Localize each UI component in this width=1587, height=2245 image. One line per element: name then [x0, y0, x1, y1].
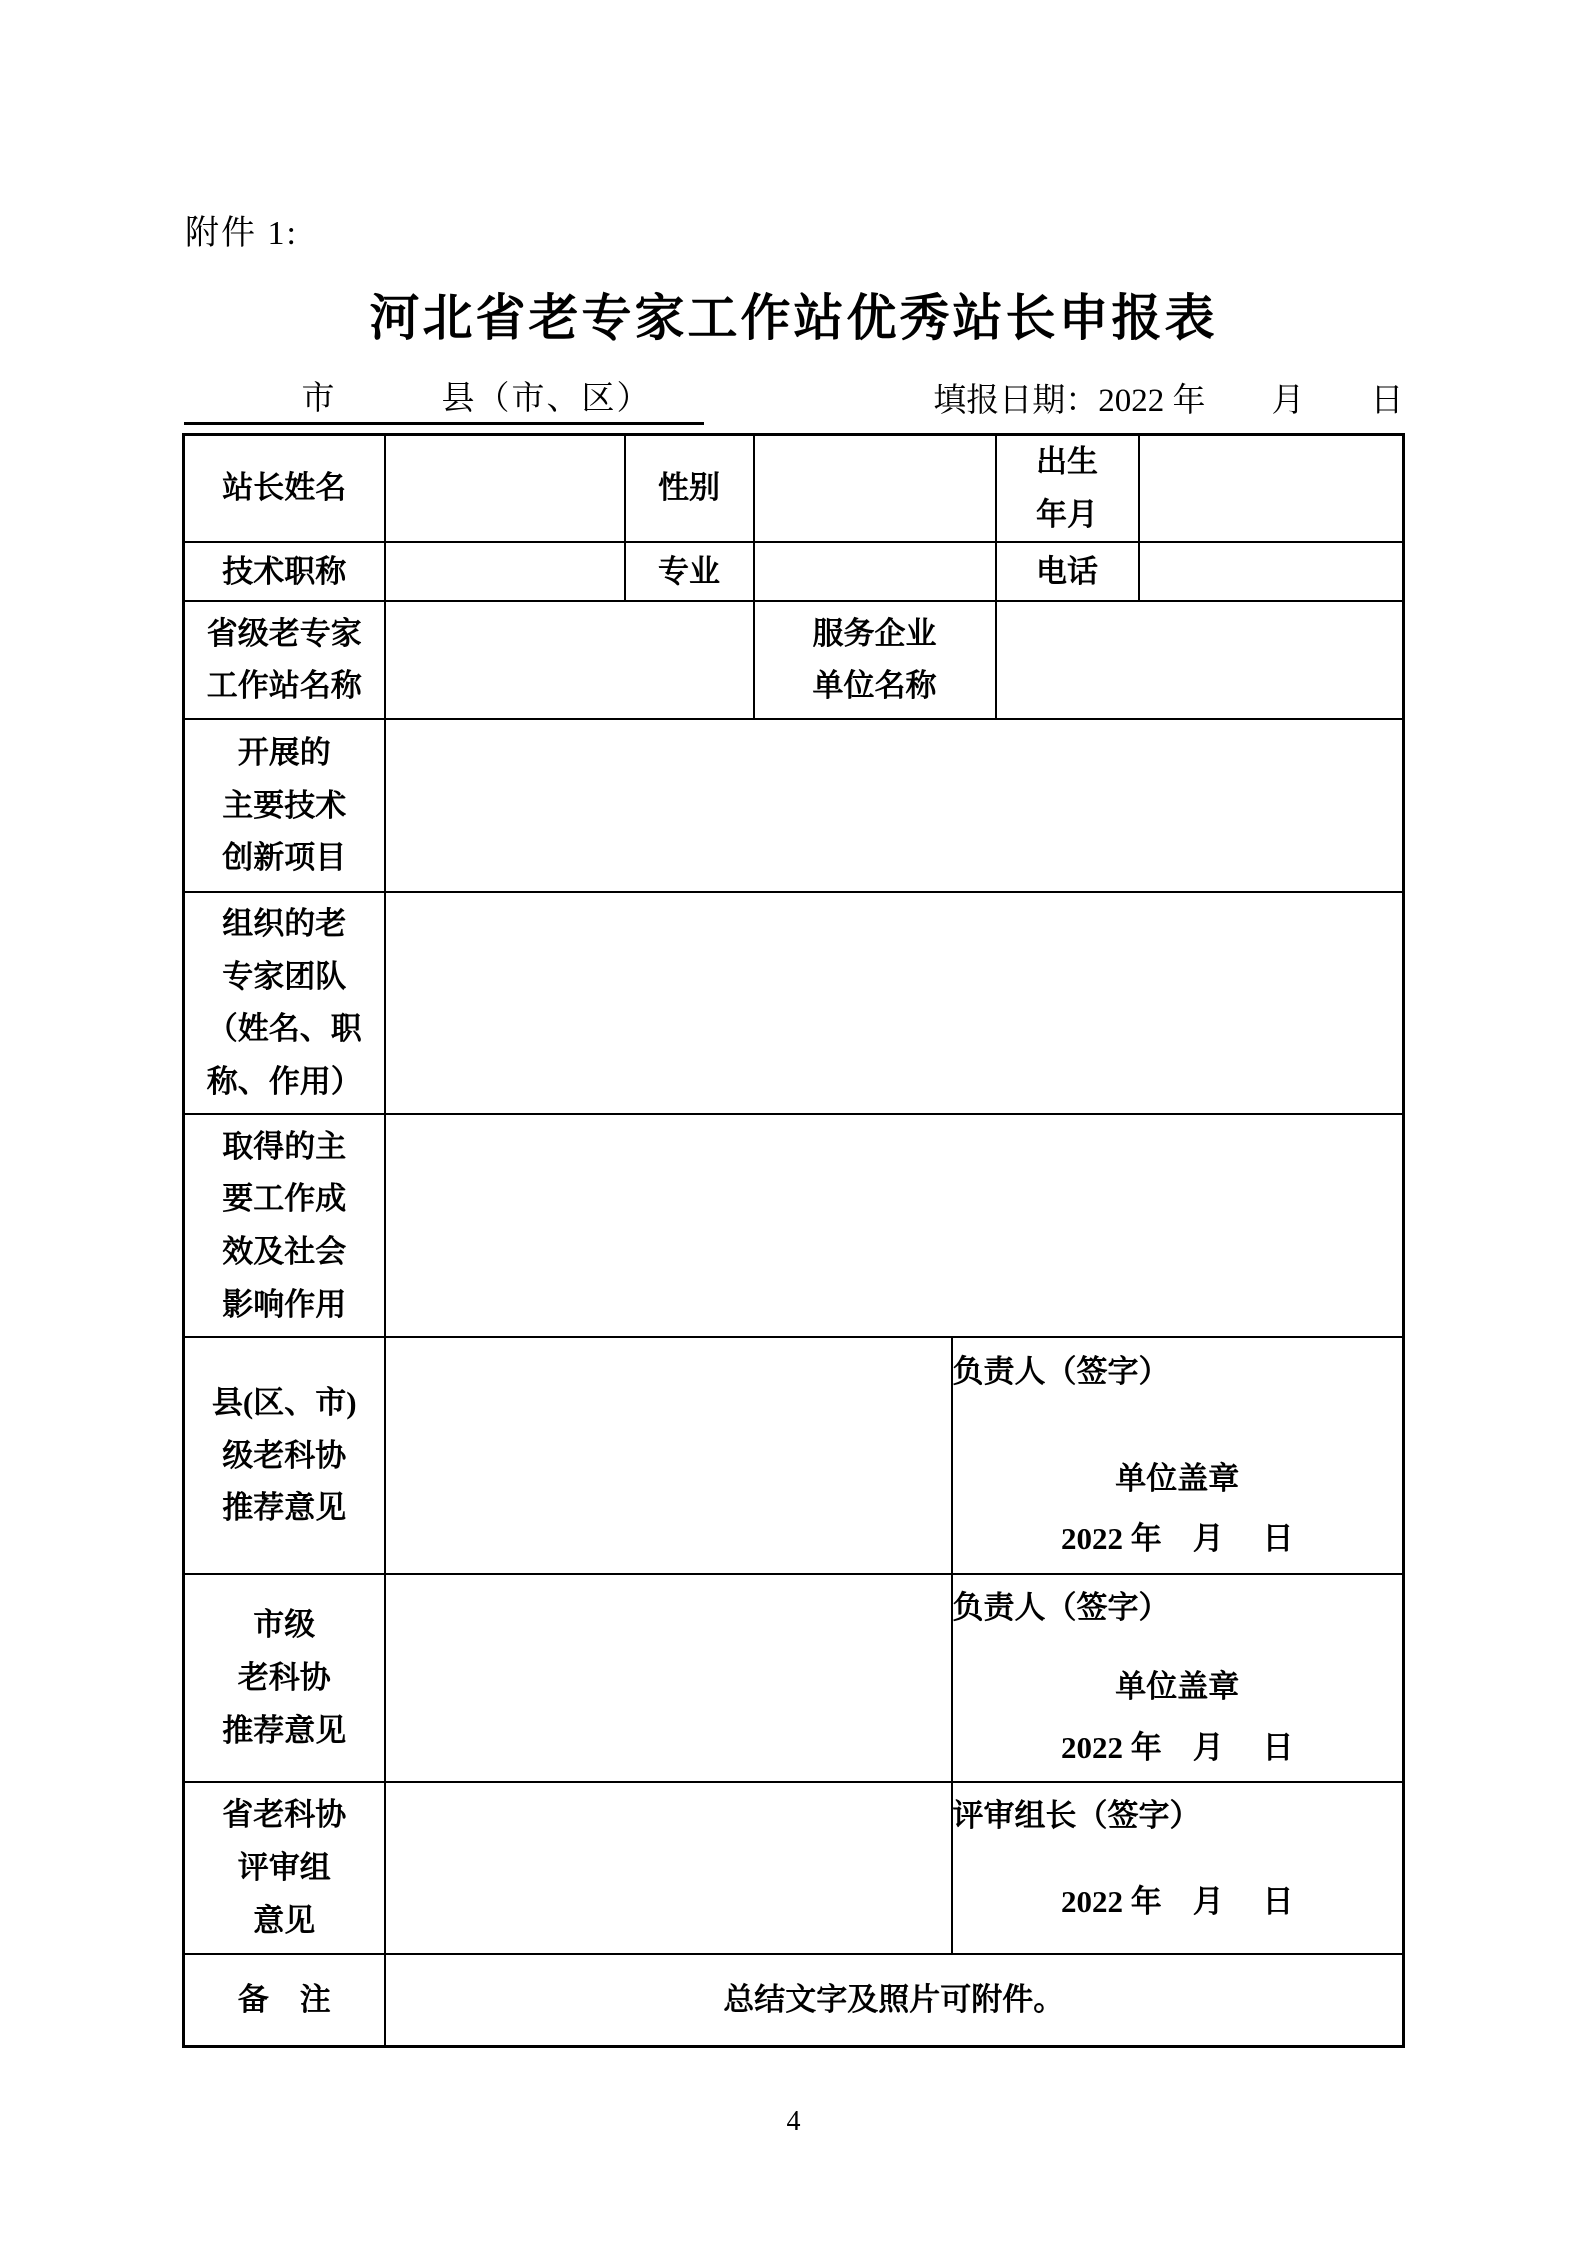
- cell-phone-value: [1139, 542, 1404, 601]
- location-fill-line: 市 县（市、区）: [184, 372, 704, 425]
- cell-achievements-label: 取得的主 要工作成 效及社会 影响作用: [184, 1114, 385, 1337]
- cell-county-opinion-signature: 负责人（签字） 单位盖章 2022 年 月 日: [952, 1337, 1404, 1574]
- unit-seal-label: 单位盖章: [953, 1453, 1403, 1506]
- cell-birth-date-value: [1139, 435, 1404, 543]
- cell-province-review-blank: [385, 1782, 952, 1954]
- cell-team-label: 组织的老 专家团队 （姓名、职 称、作用）: [184, 892, 385, 1114]
- cell-gender-value: [754, 435, 996, 543]
- cell-city-opinion-blank: [385, 1574, 952, 1782]
- row-city-opinion: 市级 老科协 推荐意见 负责人（签字） 单位盖章 2022 年 月 日: [184, 1574, 1404, 1782]
- sign-date: 2022 年 月 日: [953, 1513, 1403, 1566]
- cell-remark-content: 总结文字及照片可附件。: [385, 1954, 1404, 2046]
- cell-county-opinion-label: 县(区、市) 级老科协 推荐意见: [184, 1337, 385, 1574]
- row-province-review: 省老科协 评审组 意见 评审组长（签字） 2022 年 月 日: [184, 1782, 1404, 1954]
- attachment-label: 附件 1:: [185, 205, 1587, 254]
- row-achievements: 取得的主 要工作成 效及社会 影响作用: [184, 1114, 1404, 1337]
- page-number: 4: [0, 2106, 1587, 2138]
- cell-birth-date-label: 出生 年月: [996, 435, 1139, 543]
- cell-enterprise-name-value: [996, 601, 1404, 719]
- sign-date: 2022 年 月 日: [953, 1876, 1403, 1929]
- row-basic-info-2: 技术职称 专业 电话: [184, 542, 1404, 601]
- page-title: 河北省老专家工作站优秀站长申报表: [0, 278, 1587, 350]
- cell-station-chief-name-value: [385, 435, 625, 543]
- row-station-name: 省级老专家 工作站名称 服务企业 单位名称: [184, 601, 1404, 719]
- row-team: 组织的老 专家团队 （姓名、职 称、作用）: [184, 892, 1404, 1114]
- leader-sign-label: 负责人（签字）: [953, 1346, 1403, 1399]
- row-county-opinion: 县(区、市) 级老科协 推荐意见 负责人（签字） 单位盖章 2022 年 月 日: [184, 1337, 1404, 1574]
- cell-projects-value: [385, 719, 1404, 892]
- cell-city-opinion-signature: 负责人（签字） 单位盖章 2022 年 月 日: [952, 1574, 1404, 1782]
- cell-team-value: [385, 892, 1404, 1114]
- reviewer-sign-label: 评审组长（签字）: [953, 1790, 1403, 1843]
- cell-phone-label: 电话: [996, 542, 1139, 601]
- cell-county-opinion-blank: [385, 1337, 952, 1574]
- cell-enterprise-name-label: 服务企业 单位名称: [754, 601, 996, 719]
- application-form-table: 站长姓名 性别 出生 年月 技术职称 专业 电话 省级老专家 工作站名称 服务企…: [182, 433, 1405, 2048]
- unit-seal-label: 单位盖章: [953, 1661, 1403, 1714]
- cell-station-name-value: [385, 601, 754, 719]
- cell-remark-label: 备 注: [184, 1954, 385, 2046]
- cell-city-opinion-label: 市级 老科协 推荐意见: [184, 1574, 385, 1782]
- row-basic-info-1: 站长姓名 性别 出生 年月: [184, 435, 1404, 543]
- subtitle-row: 市 县（市、区） 填报日期：2022 年 月 日: [184, 372, 1404, 425]
- cell-projects-label: 开展的 主要技术 创新项目: [184, 719, 385, 892]
- cell-major-label: 专业: [625, 542, 754, 601]
- row-remark: 备 注 总结文字及照片可附件。: [184, 1954, 1404, 2046]
- cell-station-chief-name-label: 站长姓名: [184, 435, 385, 543]
- fill-date-line: 填报日期：2022 年 月 日: [933, 374, 1403, 421]
- cell-province-review-label: 省老科协 评审组 意见: [184, 1782, 385, 1954]
- row-projects: 开展的 主要技术 创新项目: [184, 719, 1404, 892]
- cell-province-review-signature: 评审组长（签字） 2022 年 月 日: [952, 1782, 1404, 1954]
- cell-major-value: [754, 542, 996, 601]
- cell-gender-label: 性别: [625, 435, 754, 543]
- leader-sign-label: 负责人（签字）: [953, 1582, 1403, 1635]
- cell-station-name-label: 省级老专家 工作站名称: [184, 601, 385, 719]
- document-page: 附件 1: 河北省老专家工作站优秀站长申报表 市 县（市、区） 填报日期：202…: [0, 0, 1587, 2138]
- cell-tech-title-value: [385, 542, 625, 601]
- cell-tech-title-label: 技术职称: [184, 542, 385, 601]
- cell-achievements-value: [385, 1114, 1404, 1337]
- sign-date: 2022 年 月 日: [953, 1722, 1403, 1775]
